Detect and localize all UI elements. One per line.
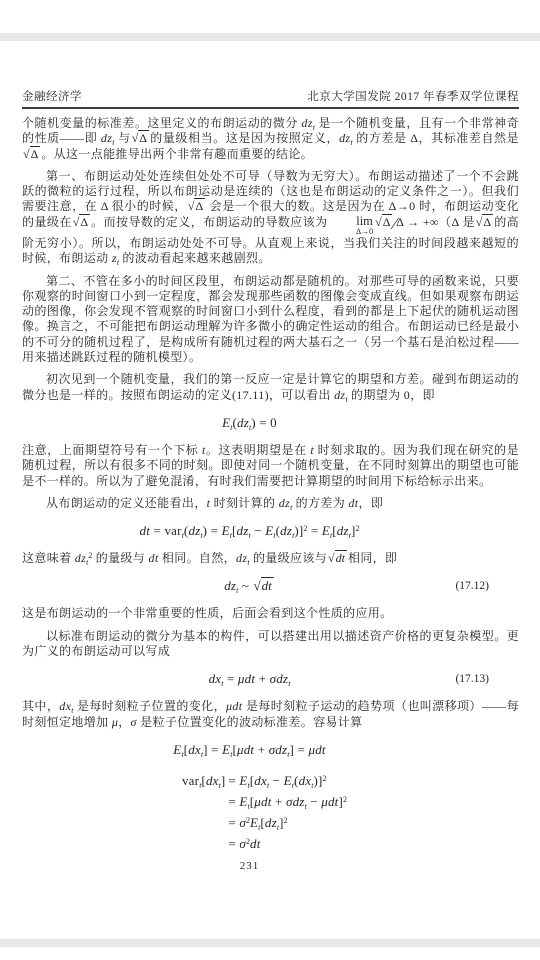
math-subscript: t xyxy=(292,781,294,790)
math-subscript: t xyxy=(230,750,232,759)
math-subscript: t xyxy=(311,781,313,790)
math-roman: Δ xyxy=(389,199,397,213)
page-content: 个随机变量的标准差。这里定义的布朗运动的微分 dzt 是一个随机变量，且有一个非… xyxy=(22,116,519,854)
equation-rhs: = σ2Et[dzt]2 xyxy=(228,812,347,833)
math-variable: dz xyxy=(224,578,236,593)
radicand: dt xyxy=(261,577,274,593)
radicand: Δ xyxy=(79,214,90,229)
equation-rhs: = σ2dt xyxy=(228,833,347,854)
math-roman: Δ xyxy=(410,131,418,145)
equation-lhs xyxy=(182,791,228,812)
math-subscript: t xyxy=(273,531,275,540)
math-subscript: t xyxy=(287,750,289,759)
radical-sign-icon: √ xyxy=(375,215,382,229)
equation-body: dxt = μdt + σdzt xyxy=(209,671,291,686)
math-roman: var xyxy=(182,773,199,788)
equation-body: Et(dzt) = 0 xyxy=(222,415,277,430)
math-variable: dt xyxy=(262,578,272,593)
aligned-equation-block: vart[dxt] = Et[dxt − Et(dxt)]2= Et[μdt +… xyxy=(182,770,347,854)
math-roman: var xyxy=(164,523,181,538)
page-header: 金融经济学 北京大学国发院 2017 年春季双学位课程 xyxy=(22,90,519,109)
equation-lhs xyxy=(182,812,228,833)
document-viewer: 金融经济学 北京大学国发院 2017 年春季双学位课程 个随机变量的标准差。这里… xyxy=(0,0,540,960)
sqrt-radical: √dt xyxy=(327,551,348,565)
math-variable: dx xyxy=(299,773,312,788)
math-variable: dx xyxy=(188,742,201,757)
equation-lhs: vart[dxt] xyxy=(182,770,228,791)
equation-rhs: = Et[dxt − Et(dxt)]2 xyxy=(228,770,347,791)
math-subscript: t xyxy=(230,531,232,540)
math-subscript: t xyxy=(249,531,251,540)
math-variable: dz xyxy=(75,551,86,565)
math-variable: dz xyxy=(334,388,345,402)
math-subscript: t xyxy=(112,138,114,147)
math-variable: dx xyxy=(206,773,219,788)
math-subscript: t xyxy=(349,531,351,540)
header-institution: 北京大学国发院 2017 年春季双学位课程 xyxy=(307,90,519,104)
math-subscript: t xyxy=(345,395,347,404)
math-variable: σdz xyxy=(270,671,289,686)
math-variable: E xyxy=(239,773,247,788)
equation-row: = σ2Et[dzt]2 xyxy=(182,812,347,833)
math-roman: Δ xyxy=(31,147,39,161)
paragraph: 第一、布朗运动处处连续但处处不可导（导数为无穷大）。布朗运动描述了一个不会跳跃的… xyxy=(22,169,519,267)
math-subscript: t xyxy=(201,750,203,759)
math-variable: μ xyxy=(112,715,118,729)
math-subscript: t xyxy=(117,258,119,267)
math-variable: dz xyxy=(236,551,247,565)
math-subscript: t xyxy=(313,123,315,132)
math-variable: dz xyxy=(237,415,249,430)
math-roman: Δ xyxy=(101,199,108,213)
math-subscript: t xyxy=(248,802,250,811)
radicand: Δ xyxy=(194,198,205,213)
equation-body: dt = vart(dzt) = Et[dzt − Et(dzt)]2 = Et… xyxy=(140,523,360,538)
equation-rhs: = Et[μdt + σdzt − μdt]2 xyxy=(228,791,347,812)
math-subscript: t xyxy=(71,706,73,715)
math-subscript: t xyxy=(236,586,238,595)
math-subscript: t xyxy=(248,781,250,790)
math-roman: Δ xyxy=(396,215,403,229)
math-variable: μdt xyxy=(254,794,271,809)
display-equation: dzt ~ √dt(17.12) xyxy=(22,576,519,596)
limit-operator: limΔ→0 xyxy=(332,215,373,236)
paragraph: 其中，dxt 是每时刻粒子位置的变化，μdt 是每时刻粒子运动的趋势项（也叫漂移… xyxy=(22,699,519,730)
math-variable: μdt xyxy=(237,742,254,757)
math-subscript: t xyxy=(267,781,269,790)
paragraph: 这是布朗运动的一个非常重要的性质，后面会看到这个性质的应用。 xyxy=(22,606,519,621)
math-subscript: t xyxy=(330,531,332,540)
paragraph: 从布朗运动的定义还能看出，t 时刻计算的 dzt 的方差为 dt，即 xyxy=(22,496,519,511)
radical-sign-icon: √ xyxy=(328,551,335,565)
sqrt-radical: √Δ xyxy=(131,131,150,145)
math-roman: Δ xyxy=(195,199,203,213)
math-superscript: 2 xyxy=(323,774,327,783)
math-variable: μdt xyxy=(226,699,242,713)
display-equation: dxt = μdt + σdzt(17.13) xyxy=(22,669,519,689)
sqrt-radical: √Δ xyxy=(72,215,91,229)
math-variable: σdz xyxy=(286,794,305,809)
sqrt-radical: √Δ xyxy=(374,215,393,229)
math-variable: dz xyxy=(188,523,200,538)
limit-label: lim xyxy=(332,215,373,228)
math-variable: dz xyxy=(279,496,290,510)
header-course-title: 金融经济学 xyxy=(22,90,82,104)
sqrt-radical: √dt xyxy=(253,578,275,593)
math-superscript: 2 xyxy=(343,795,347,804)
math-superscript: 2 xyxy=(88,551,92,560)
display-equation: dt = vart(dzt) = Et[dzt − Et(dzt)]2 = Et… xyxy=(22,521,519,541)
paragraph: 以标准布朗运动的微分为基本的构件，可以搭建出用以描述资产价格的更复杂模型。更为广… xyxy=(22,629,519,660)
math-variable: dx xyxy=(59,699,71,713)
equation-row: = Et[μdt + σdzt − μdt]2 xyxy=(182,791,347,812)
math-subscript: t xyxy=(182,531,184,540)
math-subscript: t xyxy=(292,531,294,540)
math-subscript: t xyxy=(230,423,232,432)
paragraph: 第二、不管在多小的时间区段里，布朗运动都是随机的。对那些可导的函数来说，只要你观… xyxy=(22,274,519,366)
math-subscript: t xyxy=(199,781,201,790)
math-variable: dx xyxy=(254,773,267,788)
radical-sign-icon: √ xyxy=(23,147,30,161)
math-subscript: t xyxy=(181,750,183,759)
math-variable: E xyxy=(284,773,292,788)
sqrt-radical: √Δ xyxy=(187,199,206,213)
math-variable: E xyxy=(322,523,330,538)
math-roman: Δ xyxy=(483,215,491,229)
math-variable: σ xyxy=(131,715,137,729)
math-variable: μdt xyxy=(308,742,325,757)
equation-body: dzt ~ √dt xyxy=(224,578,275,593)
math-variable: dz xyxy=(301,116,312,130)
radicand: Δ xyxy=(382,214,393,229)
radicand: Δ xyxy=(482,214,493,229)
radicand: Δ xyxy=(138,130,149,145)
page-separator-bottom xyxy=(0,939,540,947)
document-page: 金融经济学 北京大学国发院 2017 年春季双学位课程 个随机变量的标准差。这里… xyxy=(22,41,519,872)
math-variable: E xyxy=(239,794,247,809)
math-variable: dt xyxy=(148,551,158,565)
math-subscript: t xyxy=(258,823,260,832)
math-variable: dz xyxy=(265,815,277,830)
radical-sign-icon: √ xyxy=(254,578,261,593)
paragraph: 初次见到一个随机变量，我们的第一反应一定是计算它的期望和方差。碰到布朗运动的微分… xyxy=(22,372,519,403)
math-superscript: 2 xyxy=(303,524,307,533)
math-subscript: t xyxy=(249,423,251,432)
paragraph: 这意味着 dzt2 的量级与 dt 相同。自然，dzt 的量级应该与√dt相同，… xyxy=(22,551,519,566)
math-variable: E xyxy=(222,742,230,757)
math-subscript: t xyxy=(200,531,202,540)
math-subscript: t xyxy=(277,823,279,832)
math-subscript: t xyxy=(290,503,292,512)
math-subscript: t xyxy=(247,558,249,567)
math-roman: Δ xyxy=(452,215,459,229)
limit-subscript: Δ→0 xyxy=(332,228,373,236)
math-roman: Δ xyxy=(139,131,147,145)
math-subscript: t xyxy=(219,781,221,790)
sqrt-radical: √Δ xyxy=(475,215,494,229)
radicand: Δ xyxy=(30,146,41,161)
math-variable: t xyxy=(202,443,206,457)
math-variable: μdt xyxy=(238,671,255,686)
equation-body: Et[dxt] = Et[μdt + σdzt] = μdt xyxy=(173,742,325,757)
equation-row: = σ2dt xyxy=(182,833,347,854)
math-variable: dt xyxy=(336,551,345,565)
math-variable: dx xyxy=(209,671,222,686)
math-variable: σdz xyxy=(269,742,288,757)
math-subscript: t xyxy=(221,679,223,688)
math-variable: dt xyxy=(140,523,151,538)
page-number: 231 xyxy=(22,860,519,872)
math-variable: t xyxy=(310,443,314,457)
page-separator-top xyxy=(0,33,540,41)
equation-number: (17.12) xyxy=(455,576,489,596)
equation-row: vart[dxt] = Et[dxt − Et(dxt)]2 xyxy=(182,770,347,791)
math-variable: dt xyxy=(348,496,358,510)
math-variable: μdt xyxy=(321,794,338,809)
math-variable: dt xyxy=(250,836,261,851)
math-roman: Δ xyxy=(80,215,88,229)
math-variable: dz xyxy=(339,131,350,145)
math-roman: Δ xyxy=(383,215,391,229)
paragraph: 个随机变量的标准差。这里定义的布朗运动的微分 dzt 是一个随机变量，且有一个非… xyxy=(22,116,519,162)
math-variable: t xyxy=(207,496,211,510)
equation-number: (17.13) xyxy=(455,669,489,689)
math-variable: dz xyxy=(237,523,249,538)
math-variable: E xyxy=(222,523,230,538)
math-superscript: 2 xyxy=(284,816,288,825)
math-variable: dz xyxy=(101,131,112,145)
display-equation: Et[dxt] = Et[μdt + σdzt] = μdt xyxy=(22,740,519,760)
math-subscript: t xyxy=(350,138,352,147)
math-variable: dz xyxy=(280,523,292,538)
radicand: dt xyxy=(335,550,347,565)
sqrt-radical: √Δ xyxy=(22,147,41,161)
display-equation: Et(dzt) = 0 xyxy=(22,413,519,433)
equation-lhs xyxy=(182,833,228,854)
paragraph: 注意，上面期望符号有一个下标 t。这表明期望是在 t 时刻求取的。因为我们现在研… xyxy=(22,443,519,489)
math-superscript: 2 xyxy=(355,524,359,533)
math-variable: dz xyxy=(337,523,349,538)
math-subscript: t xyxy=(305,802,307,811)
math-variable: E xyxy=(250,815,258,830)
math-subscript: t xyxy=(288,679,290,688)
